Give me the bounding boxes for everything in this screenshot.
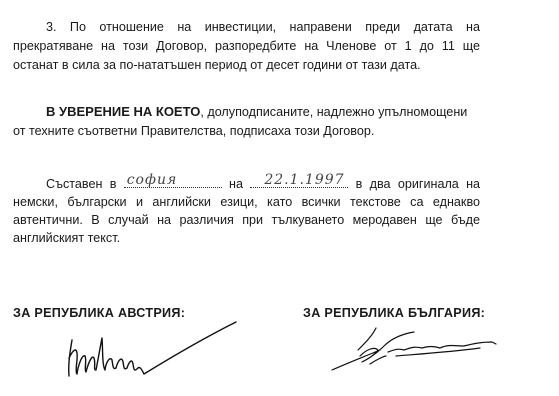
done-at-line-1-rest: в два оригинала на — [356, 177, 480, 191]
place-fill-field: софия — [124, 176, 222, 188]
austria-signature-icon — [60, 318, 250, 390]
witness-line-1: В УВЕРЕНИЕ НА КОЕТО, долуподписаните, на… — [46, 103, 480, 121]
bulgaria-signature-label: ЗА РЕПУБЛИКА БЪЛГАРИЯ: — [303, 306, 485, 320]
article-3-line-1: 3. По отношение на инвестиции, направени… — [46, 18, 480, 36]
on-label: на — [229, 177, 243, 191]
date-handwritten: 22.1.1997 — [264, 173, 344, 187]
article-3-line-2: прекратяване на този Договор, разпоредби… — [13, 37, 480, 55]
done-at-line-1: Съставен в софия на 22.1.1997 в два ориг… — [46, 175, 480, 193]
witness-line-2: от техните съответни Правителства, подпи… — [13, 122, 480, 140]
date-fill-field: 22.1.1997 — [250, 176, 348, 188]
bulgaria-signature-icon — [330, 320, 530, 382]
witness-line-1-rest: , долуподписаните, надлежно упълномощени — [200, 105, 467, 119]
place-handwritten: софия — [127, 173, 178, 187]
article-3-text-1: По отношение на инвестиции, направени пр… — [70, 20, 480, 34]
witness-bold-lead: В УВЕРЕНИЕ НА КОЕТО — [46, 104, 200, 119]
done-at-line-3: автентични. В случай на различия при тъл… — [13, 211, 480, 229]
done-at-prefix: Съставен в — [46, 177, 116, 191]
done-at-line-2: немски, български и английски езици, кат… — [13, 193, 480, 211]
done-at-line-4: английският текст. — [13, 229, 480, 247]
article-number: 3. — [46, 20, 57, 34]
article-3-line-3: останат в сила за по-нататъшен период от… — [13, 56, 480, 74]
